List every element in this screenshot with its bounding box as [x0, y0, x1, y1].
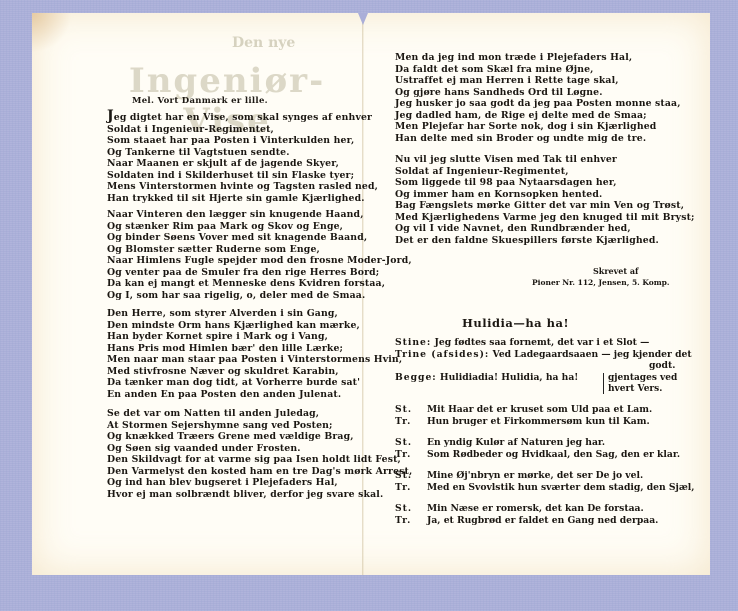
refrain-note-line: hvert Vers.: [608, 384, 677, 395]
verse-line: Men naar man staar paa Posten i Vinterst…: [107, 354, 402, 366]
speaker: Stine:: [395, 337, 431, 349]
speaker: St.: [395, 437, 427, 449]
exchange-3: St.Mine Øj'nbryn er mørke, det ser De jo…: [395, 470, 695, 493]
verse-line: Han trykked til sit Hjerte sin gamle Kjæ…: [107, 193, 378, 205]
dialog-text: Hun bruger et Firkommersøm kun til Kam.: [427, 416, 650, 428]
verse-line: Jeg husker jo saa godt da jeg paa Posten…: [395, 98, 681, 110]
song-title-small: Den nye: [232, 35, 295, 51]
dialog-text: Ved Ladegaardsaaen — jeg kjender det: [493, 349, 692, 361]
dialog-text: Jeg fødtes saa fornemt, det var i et Slo…: [435, 337, 650, 349]
verse-line: Mens Vinterstormen hvinte og Tagsten ras…: [107, 181, 378, 193]
verse-line: Da tænker man dog tidt, at Vorherre burd…: [107, 377, 402, 389]
verse-line: Med stivfrosne Næver og skuldret Karabin…: [107, 366, 402, 378]
verse-line: Nu vil jeg slutte Visen med Tak til enhv…: [395, 154, 695, 166]
speaker: Tr.: [395, 482, 427, 494]
verse-line: Men Plejefar har Sorte nok, dog i sin Kj…: [395, 121, 681, 133]
speaker: St.: [395, 404, 427, 416]
verse-line: Hans Pris mod Himlen bær' den lille Lærk…: [107, 343, 402, 355]
refrain-note-line: gjentages ved: [608, 373, 677, 384]
speaker: Begge:: [395, 372, 437, 384]
dialog-text: Som Rødbeder og Hvidkaal, den Sag, den e…: [427, 449, 680, 461]
verse-line: Soldat af Ingenieur-Regimentet,: [395, 166, 695, 178]
verse-line: Ustraffet ej man Herren i Rette tage ska…: [395, 75, 681, 87]
left-page: Den nye Ingeniør-Vise Mel. Vort Danmark …: [32, 13, 362, 575]
dialog-text: godt.: [649, 360, 675, 372]
verse-line: Og vil I vide Navnet, den Rundbrænder he…: [395, 223, 695, 235]
verse-line: Med Kjærlighedens Varme jeg den knuged t…: [395, 212, 695, 224]
speaker: Trine (afsides):: [395, 349, 489, 361]
verse-6: Nu vil jeg slutte Visen med Tak til enhv…: [395, 154, 695, 246]
dialog-line: Trine (afsides): Ved Ladegaardsaaen — je…: [395, 349, 692, 361]
verse-line: Han delte med sin Broder og undte mig de…: [395, 133, 681, 145]
verse-line: Jeg digtet har en Vise, som skal synges …: [107, 111, 378, 124]
dialog-line: Stine: Jeg fødtes saa fornemt, det var i…: [395, 337, 692, 349]
verse-line: Han byder Kornet spire i Mark og i Vang,: [107, 331, 402, 343]
speaker: Tr.: [395, 416, 427, 428]
verse-line: Og Tankerne til Vagtstuen sendte.: [107, 147, 378, 159]
verse-1: Jeg digtet har en Vise, som skal synges …: [107, 111, 378, 204]
dialog-text: En yndig Kulør af Naturen jeg har.: [427, 437, 605, 449]
verse-line: Naar Maanen er skjult af de jagende Skye…: [107, 158, 378, 170]
exchange-4: St.Min Næse er romersk, det kan De forst…: [395, 503, 658, 526]
verse-line: Den mindste Orm hans Kjærlighed kan mærk…: [107, 320, 402, 332]
verse-line: Som liggede til 98 paa Nytaarsdagen her,: [395, 177, 695, 189]
leaflet-sheet: Den nye Ingeniør-Vise Mel. Vort Danmark …: [32, 13, 710, 575]
dialog-text: Mine Øj'nbryn er mørke, det ser De jo ve…: [427, 470, 643, 482]
dialog-text: Mit Haar det er kruset som Uld paa et La…: [427, 404, 652, 416]
verse-line: Og gjøre hans Sandheds Ord til Løgne.: [395, 87, 681, 99]
verse-line: Som staaet har paa Posten i Vinterkulden…: [107, 135, 378, 147]
verse-line: Bag Fængslets mørke Gitter det var min V…: [395, 200, 695, 212]
verse-3: Den Herre, som styrer Alverden i sin Gan…: [107, 308, 402, 400]
verse-line: Men da jeg ind mon træde i Plejefaders H…: [395, 52, 681, 64]
dialog-text: Ja, et Rugbrød er faldet en Gang ned der…: [427, 515, 658, 527]
dialog-text: Min Næse er romersk, det kan De forstaa.: [427, 503, 644, 515]
signature-author: Pioner Nr. 112, Jensen, 5. Komp.: [532, 278, 670, 287]
exchange-1: St.Mit Haar det er kruset som Uld paa et…: [395, 404, 652, 427]
refrain-note: gjentages ved hvert Vers.: [603, 373, 677, 394]
speaker: St.: [395, 503, 427, 515]
signature-written-by: Skrevet af: [593, 266, 638, 276]
speaker: Tr.: [395, 449, 427, 461]
melody-note: Mel. Vort Danmark er lille.: [132, 96, 268, 106]
song2-title: Hulidia—ha ha!: [462, 316, 569, 330]
verse-line: Soldat i Ingenieur-Regimentet,: [107, 124, 378, 136]
verse-line: Det er den faldne Skuespillers første Kj…: [395, 235, 695, 247]
exchange-2: St.En yndig Kulør af Naturen jeg har. Tr…: [395, 437, 680, 460]
speaker: Tr.: [395, 515, 427, 527]
dialog-text: Med en Svovlstik hun sværter dem stadig,…: [427, 482, 695, 494]
verse-line: En anden En paa Posten den anden Julenat…: [107, 389, 402, 401]
verse-line: Og immer ham en Kornsopken hented.: [395, 189, 695, 201]
speaker: St.: [395, 470, 427, 482]
verse-line: Den Herre, som styrer Alverden i sin Gan…: [107, 308, 402, 320]
verse-line: Soldaten ind i Skilderhuset til sin Flas…: [107, 170, 378, 182]
verse-line: Jeg dadled ham, de Rige ej delte med de …: [395, 110, 681, 122]
verse-line: Da faldt det som Skæl fra mine Øjne,: [395, 64, 681, 76]
dialog-text: Hulidiadia! Hulidia, ha ha!: [440, 372, 578, 384]
dialog-line: godt.: [395, 360, 692, 372]
verse-5: Men da jeg ind mon træde i Plejefaders H…: [395, 52, 681, 144]
right-page: Men da jeg ind mon træde i Plejefaders H…: [364, 13, 710, 575]
